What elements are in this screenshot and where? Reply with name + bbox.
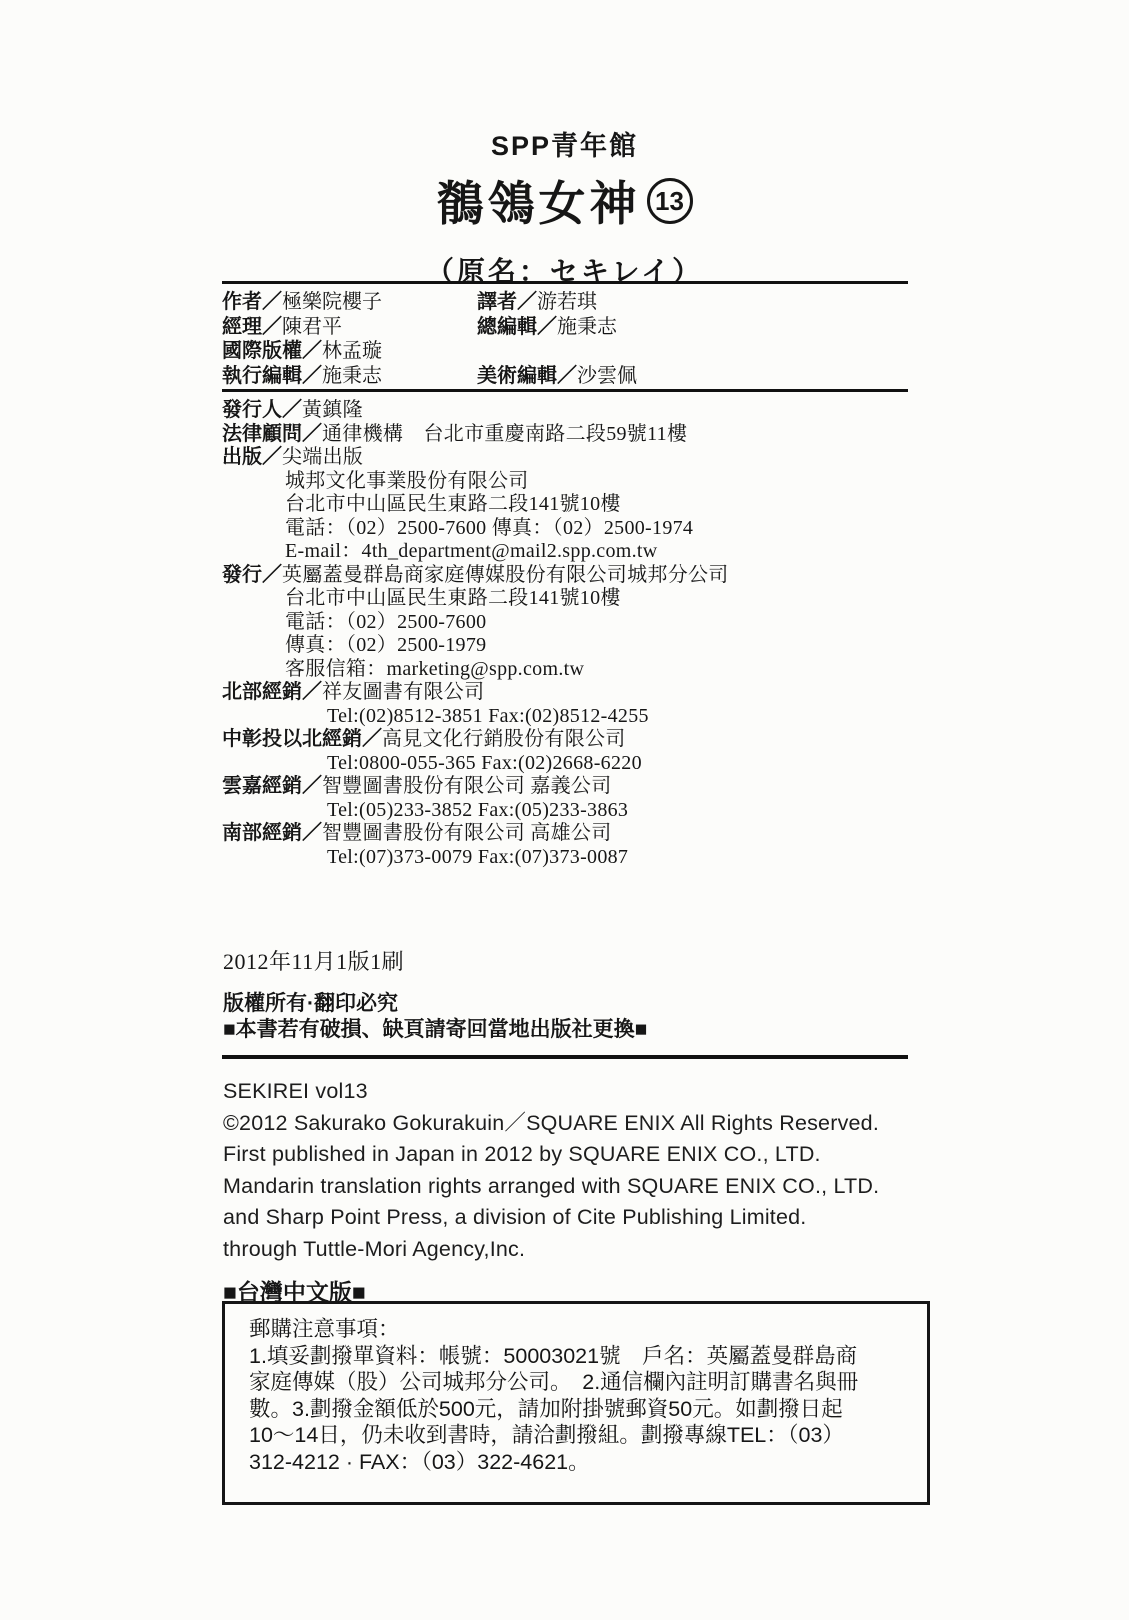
mail-order-line: 312-4212 · FAX：（03）322-4621。 (249, 1449, 927, 1476)
publication-text: 智豐圖書股份有限公司 嘉義公司 (322, 775, 612, 797)
copyright-line: ©2012 Sakurako Gokurakuin／SQUARE ENIX Al… (223, 1108, 879, 1140)
credit-name: 施秉志 (322, 365, 382, 387)
publication-label: 發行／ (222, 564, 282, 586)
credits-row: 國際版權／林孟璇 (222, 339, 908, 364)
mail-order-line: 家庭傳媒（股）公司城邦分公司。 2.通信欄內註明訂購書名與冊 (249, 1369, 927, 1396)
publication-row: 客服信箱：marketing@spp.com.tw (222, 658, 922, 682)
publication-row: 北部經銷／祥友圖書有限公司 (222, 681, 922, 705)
publication-row: 電話：（02）2500-7600 (222, 611, 922, 635)
publication-row: 城邦文化事業股份有限公司 (222, 470, 922, 494)
book-title: 鶺鴒女神 (437, 177, 641, 230)
publication-text: 高見文化行銷股份有限公司 (382, 728, 626, 750)
mail-order-line: 數。3.劃撥金額低於500元，請加附掛號郵資50元。如劃撥日起 (249, 1396, 927, 1423)
publication-text: 傳真：（02）2500-1979 (285, 634, 486, 656)
publication-text: 台北市中山區民生東路二段141號10樓 (285, 587, 621, 609)
imprint-label: SPP青年館 (0, 124, 1129, 163)
credit-label: 作者／ (222, 291, 282, 313)
publication-text: Tel:(02)8512-3851 Fax:(02)8512-4255 (327, 705, 649, 727)
credits-row: 經理／陳君平 總編輯／施秉志 (222, 315, 908, 340)
mail-order-heading: 郵購注意事項： (249, 1316, 927, 1343)
publication-row: Tel:(05)233-3852 Fax:(05)233-3863 (222, 799, 922, 823)
copyright-line: and Sharp Point Press, a division of Cit… (223, 1202, 879, 1234)
copyright-notice: 版權所有·翻印必究 ■本書若有破損、缺頁請寄回當地出版社更換■ (223, 991, 647, 1043)
original-title: （原名：セキレイ） (0, 250, 1129, 290)
credits-row: 作者／極樂院櫻子 譯者／游若琪 (222, 290, 908, 315)
title-block: SPP青年館 鶺鴒女神13 （原名：セキレイ） (0, 124, 1129, 290)
publication-text: Tel:(07)373-0079 Fax:(07)373-0087 (327, 846, 628, 868)
copyright-line: through Tuttle-Mori Agency,Inc. (223, 1234, 879, 1266)
damaged-book-notice: ■本書若有破損、缺頁請寄回當地出版社更換■ (223, 1017, 647, 1043)
publication-text: E-mail：4th_department@mail2.spp.com.tw (285, 540, 658, 562)
divider-credits (222, 389, 908, 392)
publication-row: E-mail：4th_department@mail2.spp.com.tw (222, 540, 922, 564)
publication-text: 智豐圖書股份有限公司 高雄公司 (322, 822, 612, 844)
volume-badge: 13 (647, 178, 693, 224)
copyright-line: First published in Japan in 2012 by SQUA… (223, 1139, 879, 1171)
publication-row: 法律顧問／通律機構 台北市重慶南路二段59號11樓 (222, 423, 922, 447)
credit-name: 施秉志 (557, 316, 617, 338)
mail-order-line: 1.填妥劃撥單資料：帳號：50003021號 戶名：英屬蓋曼群島商 (249, 1343, 927, 1370)
edition-line: 2012年11月1版1刷 (223, 945, 404, 976)
mail-order-box: 郵購注意事項： 1.填妥劃撥單資料：帳號：50003021號 戶名：英屬蓋曼群島… (222, 1301, 930, 1505)
publication-row: 傳真：（02）2500-1979 (222, 634, 922, 658)
credit-name: 林孟璇 (322, 340, 382, 362)
credit-name: 極樂院櫻子 (282, 291, 382, 313)
publication-row: Tel:(07)373-0079 Fax:(07)373-0087 (222, 846, 922, 870)
credit-label: 國際版權／ (222, 340, 322, 362)
publication-row: 中彰投以北經銷／高見文化行銷股份有限公司 (222, 728, 922, 752)
mail-order-line: 10～14日，仍未收到書時，請洽劃撥組。劃撥專線TEL：（03） (249, 1422, 927, 1449)
publication-text: 電話：（02）2500-7600 (285, 611, 486, 633)
publication-text: Tel:0800-055-365 Fax:(02)2668-6220 (327, 752, 642, 774)
publication-row: 台北市中山區民生東路二段141號10樓 (222, 587, 922, 611)
publication-text: 客服信箱：marketing@spp.com.tw (285, 658, 584, 680)
all-rights-reserved-line: 版權所有·翻印必究 (223, 991, 647, 1017)
publication-label: 出版／ (222, 446, 282, 468)
colophon-page: SPP青年館 鶺鴒女神13 （原名：セキレイ） 作者／極樂院櫻子 譯者／游若琪 … (0, 0, 1129, 1620)
credit-label: 經理／ (222, 316, 282, 338)
credit-name: 游若琪 (537, 291, 597, 313)
publication-label: 中彰投以北經銷／ (222, 728, 382, 750)
english-copyright-block: SEKIREI vol13 ©2012 Sakurako Gokurakuin／… (223, 1076, 879, 1265)
publication-row: 南部經銷／智豐圖書股份有限公司 高雄公司 (222, 822, 922, 846)
publication-text: 尖端出版 (282, 446, 363, 468)
copyright-line: SEKIREI vol13 (223, 1076, 879, 1108)
publication-label: 發行人／ (222, 399, 302, 421)
publication-row: 發行人／黃鎮隆 (222, 399, 922, 423)
publication-row: 台北市中山區民生東路二段141號10樓 (222, 493, 922, 517)
publication-row: 出版／尖端出版 (222, 446, 922, 470)
publication-row: 發行／英屬蓋曼群島商家庭傳媒股份有限公司城邦分公司 (222, 564, 922, 588)
divider-top (222, 281, 908, 284)
credit-name: 陳君平 (282, 316, 342, 338)
credit-label: 譯者／ (477, 291, 537, 313)
publication-text: 黃鎮隆 (302, 399, 363, 421)
publication-text: 電話：（02）2500-7600 傳真：（02）2500-1974 (285, 517, 693, 539)
credit-label: 美術編輯／ (477, 365, 577, 387)
credit-label: 總編輯／ (477, 316, 557, 338)
publication-text: 台北市中山區民生東路二段141號10樓 (285, 493, 621, 515)
credit-name: 沙雲佩 (577, 365, 637, 387)
divider-copyright (222, 1055, 908, 1059)
publication-row: Tel:0800-055-365 Fax:(02)2668-6220 (222, 752, 922, 776)
publication-label: 法律顧問／ (222, 423, 322, 445)
copyright-line: Mandarin translation rights arranged wit… (223, 1171, 879, 1203)
publication-label: 南部經銷／ (222, 822, 322, 844)
publication-label: 雲嘉經銷／ (222, 775, 322, 797)
publication-label: 北部經銷／ (222, 681, 322, 703)
publication-row: 電話：（02）2500-7600 傳真：（02）2500-1974 (222, 517, 922, 541)
publication-text: 通律機構 台北市重慶南路二段59號11樓 (322, 423, 687, 445)
book-title-line: 鶺鴒女神13 (0, 167, 1129, 234)
publication-text: 英屬蓋曼群島商家庭傳媒股份有限公司城邦分公司 (282, 564, 729, 586)
credits-table: 作者／極樂院櫻子 譯者／游若琪 經理／陳君平 總編輯／施秉志 國際版權／林孟璇 … (222, 290, 908, 388)
credit-label: 執行編輯／ (222, 365, 322, 387)
publication-row: Tel:(02)8512-3851 Fax:(02)8512-4255 (222, 705, 922, 729)
publication-text: 城邦文化事業股份有限公司 (285, 470, 529, 492)
publication-row: 雲嘉經銷／智豐圖書股份有限公司 嘉義公司 (222, 775, 922, 799)
publication-text: Tel:(05)233-3852 Fax:(05)233-3863 (327, 799, 628, 821)
publication-info: 發行人／黃鎮隆 法律顧問／通律機構 台北市重慶南路二段59號11樓 出版／尖端出… (222, 399, 922, 869)
credits-row: 執行編輯／施秉志 美術編輯／沙雲佩 (222, 364, 908, 389)
publication-text: 祥友圖書有限公司 (322, 681, 484, 703)
